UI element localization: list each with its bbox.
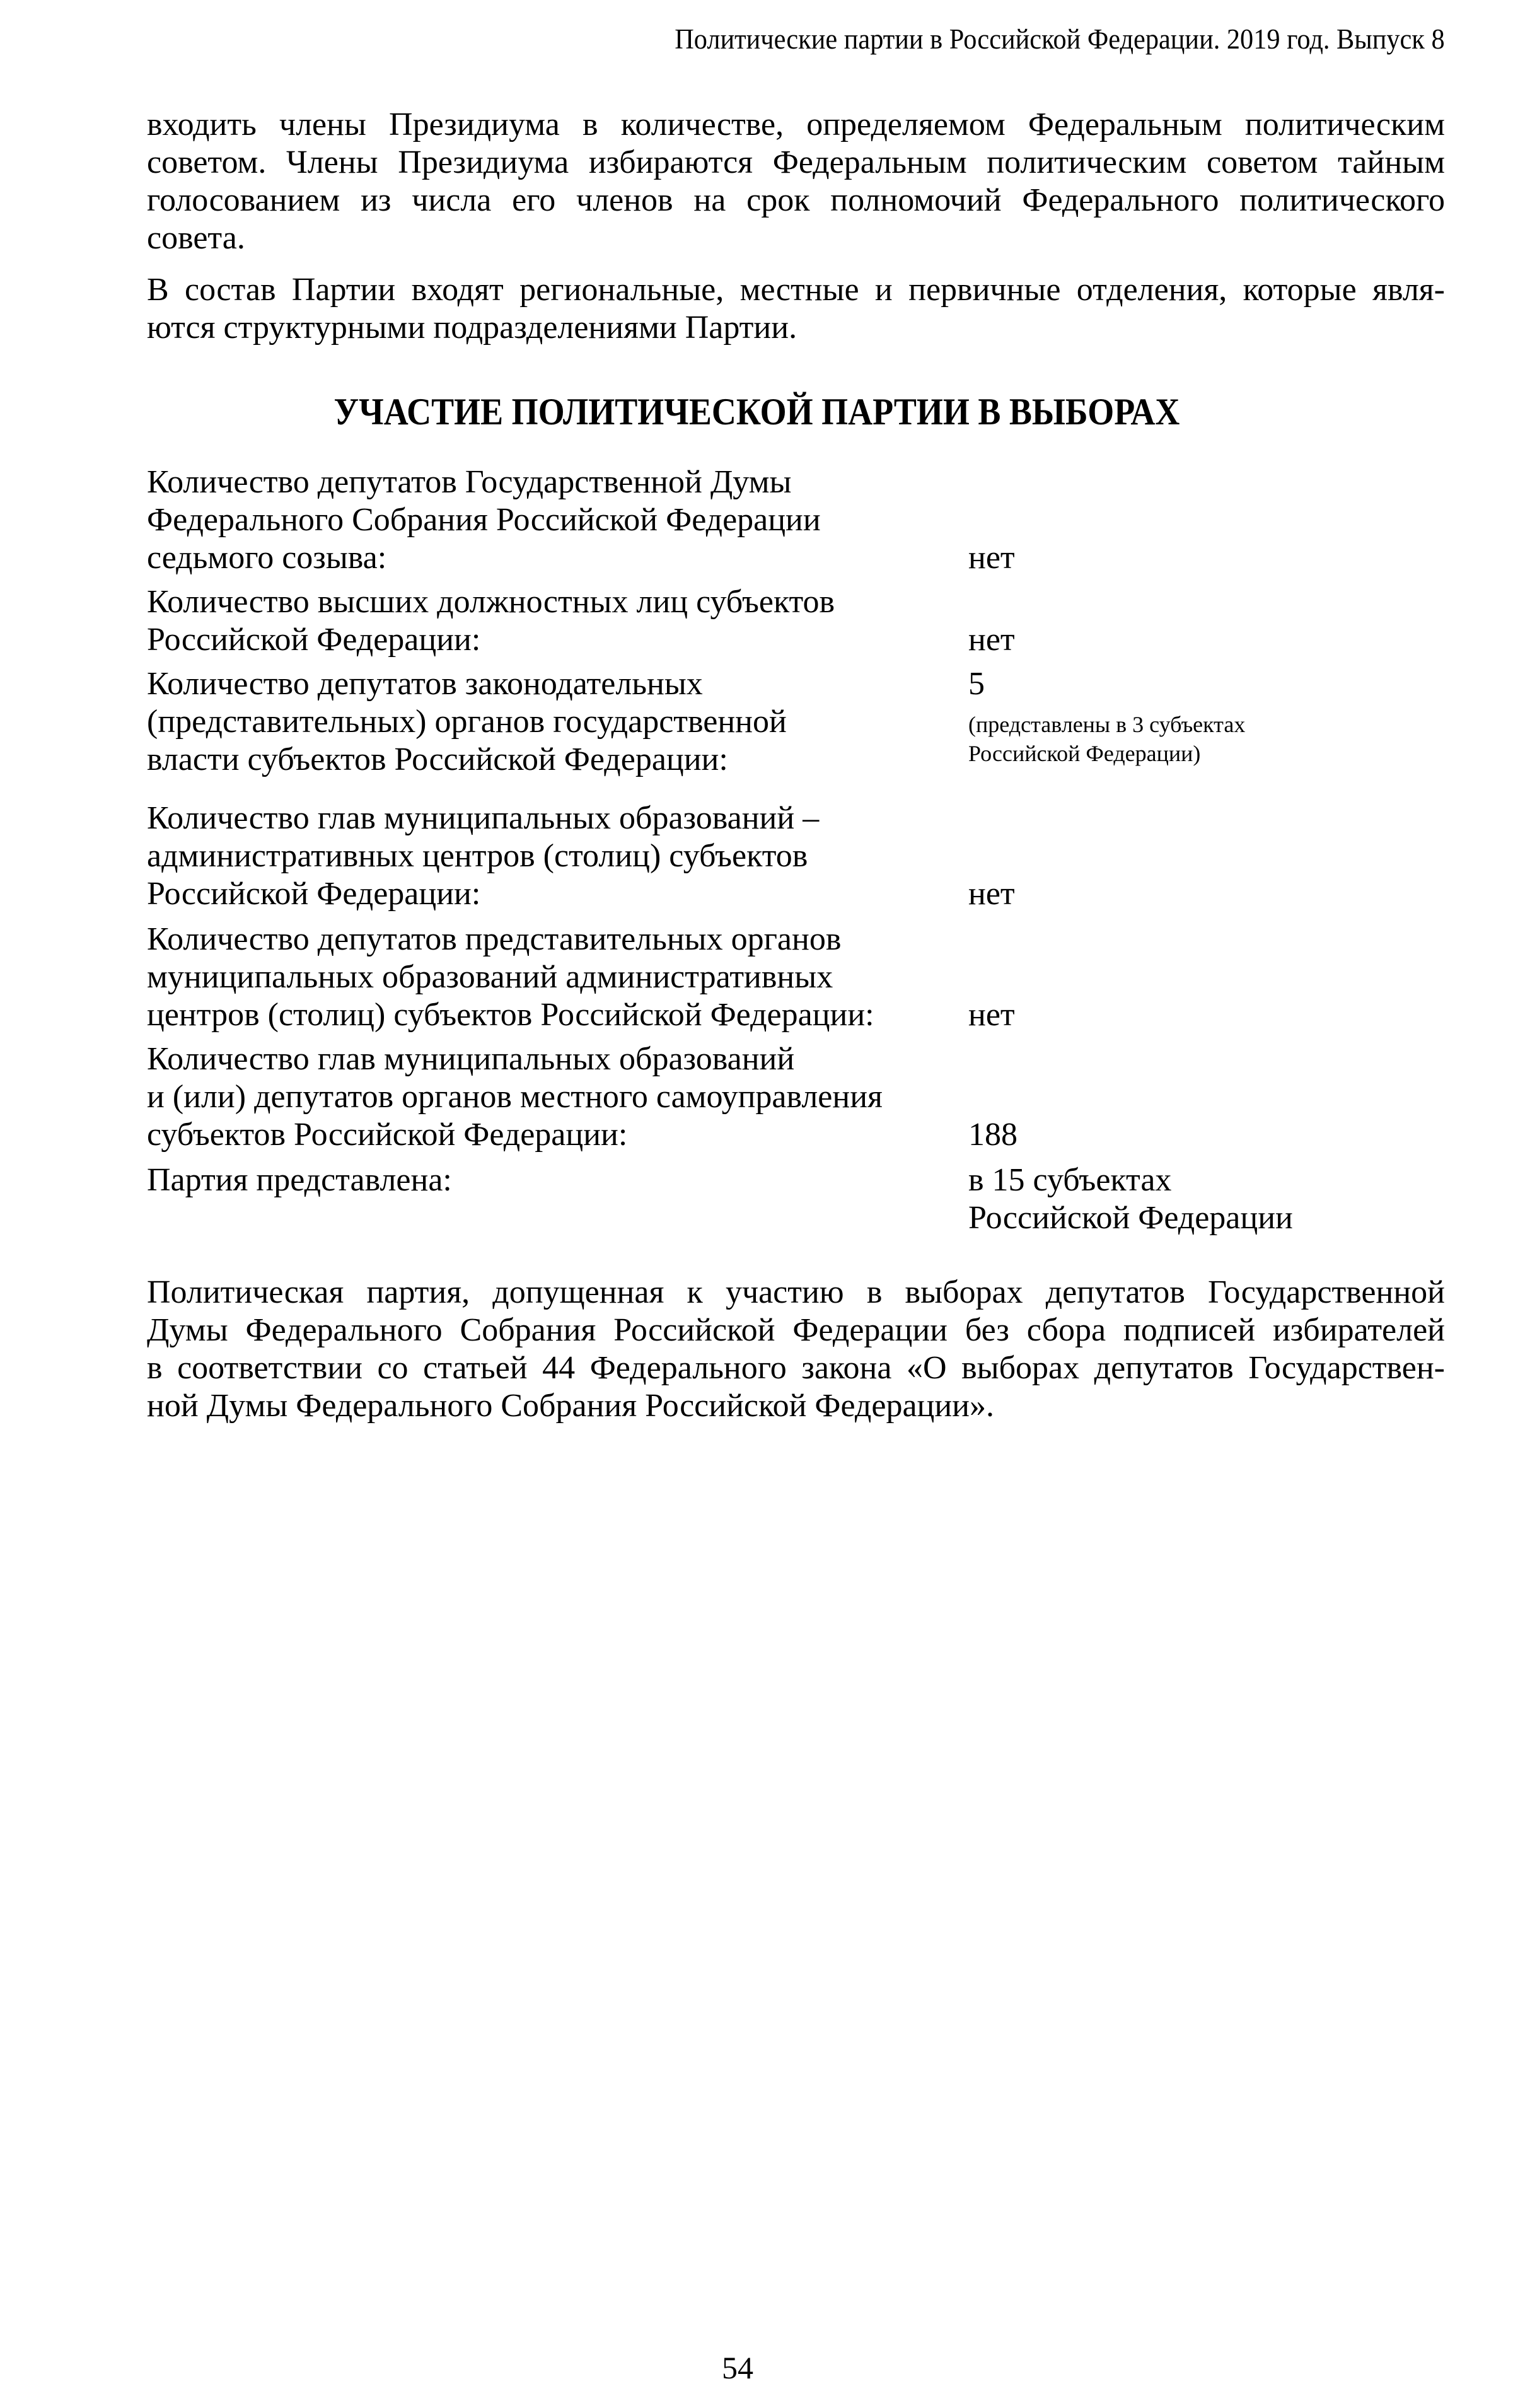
page-number: 54 — [0, 2349, 1475, 2387]
row-value: нет — [968, 875, 1015, 913]
row-label-line: центров (столиц) субъектов Российской Фе… — [147, 996, 874, 1034]
row-label-line: Количество высших должностных лиц субъек… — [147, 583, 835, 621]
row-label-line: Количество глав муниципальных образовани… — [147, 1040, 794, 1078]
row-label-line: власти субъектов Российской Федерации: — [147, 741, 728, 779]
row-note-line: Российской Федерации) — [968, 739, 1200, 768]
row-value-line: в 15 субъектах — [968, 1161, 1171, 1199]
row-label-line: Российской Федерации: — [147, 621, 480, 659]
section-heading: УЧАСТИЕ ПОЛИТИЧЕСКОЙ ПАРТИИ В ВЫБОРАХ — [0, 390, 1513, 434]
text-line: в соответствии со статьей 44 Федеральног… — [147, 1349, 1445, 1387]
text-line: советом. Члены Президиума избираются Фед… — [147, 144, 1445, 182]
row-label-line: седьмого созыва: — [147, 539, 386, 577]
text-line: совета. — [147, 219, 1445, 257]
row-value: 188 — [968, 1116, 1017, 1154]
row-label-line: Количество глав муниципальных образовани… — [147, 800, 819, 837]
row-value: нет — [968, 621, 1015, 659]
row-label-line: субъектов Российской Федерации: — [147, 1116, 627, 1154]
section-heading-text: УЧАСТИЕ ПОЛИТИЧЕСКОЙ ПАРТИИ В ВЫБОРАХ — [333, 390, 1180, 434]
row-label-line: Количество депутатов законодательных — [147, 665, 703, 703]
text-line: В состав Партии входят региональные, мес… — [147, 271, 1445, 309]
running-header: Политические партии в Российской Федерац… — [675, 21, 1445, 57]
row-value: 5 — [968, 665, 985, 703]
row-label-line: Федерального Собрания Российской Федерац… — [147, 501, 821, 539]
row-label-line: Количество депутатов Государственной Дум… — [147, 463, 791, 501]
text-line: ются структурными подразделениями Партии… — [147, 309, 1445, 347]
row-label-line: административных центров (столиц) субъек… — [147, 837, 808, 875]
row-label-line: и (или) депутатов органов местного самоу… — [147, 1078, 883, 1116]
row-value-line: Российской Федерации — [968, 1199, 1293, 1237]
row-label-line: (представительных) органов государственн… — [147, 703, 787, 741]
text-line: голосованием из числа его членов на срок… — [147, 182, 1445, 219]
text-line: Политическая партия, допущенная к участи… — [147, 1274, 1445, 1312]
text-line: ной Думы Федерального Собрания Российско… — [147, 1387, 1445, 1425]
text-line: входить члены Президиума в количестве, о… — [147, 106, 1445, 144]
text-line: Думы Федерального Собрания Российской Фе… — [147, 1312, 1445, 1349]
row-label-line: Количество депутатов представительных ор… — [147, 921, 841, 958]
row-label-line: Российской Федерации: — [147, 875, 480, 913]
row-value: нет — [968, 539, 1015, 577]
row-label-line: Партия представлена: — [147, 1161, 452, 1199]
row-note-line: (представлены в 3 субъектах — [968, 710, 1245, 739]
row-label-line: муниципальных образований административн… — [147, 958, 833, 996]
row-value: нет — [968, 996, 1015, 1034]
